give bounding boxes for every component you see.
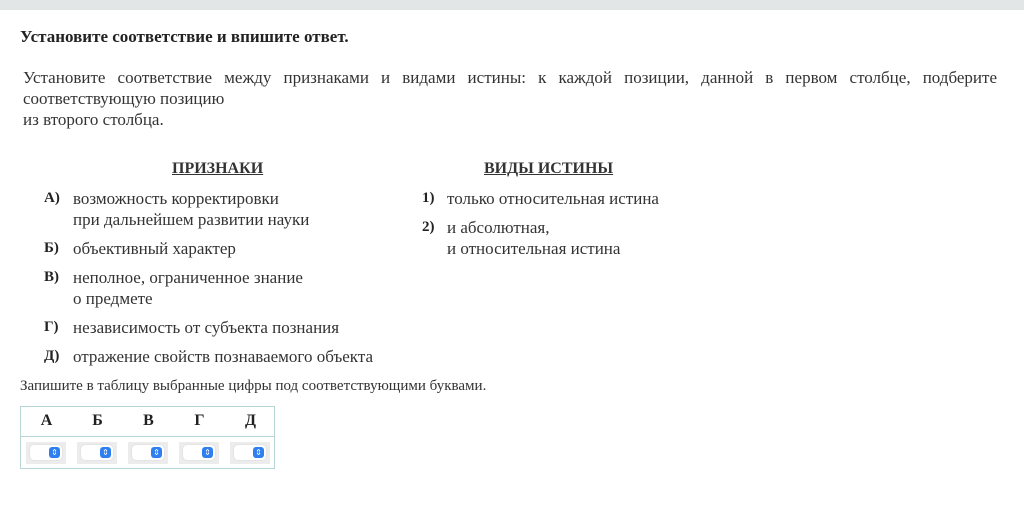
right-column-header: ВИДЫ ИСТИНЫ xyxy=(484,160,613,178)
item-text: и относительная истина xyxy=(447,238,620,259)
stepper-icon: ⇕ xyxy=(100,447,111,458)
answer-table-header: А Б В Г Д xyxy=(21,407,274,437)
answer-cell-d: ⇕ xyxy=(230,442,270,464)
item-text: объективный характер xyxy=(73,238,236,259)
column-header-v: В xyxy=(123,412,174,430)
item-text: возможность корректировки xyxy=(73,188,279,209)
item-text: отражение свойств познаваемого объекта xyxy=(73,346,373,367)
top-bar xyxy=(0,0,1024,10)
item-text: и абсолютная, xyxy=(447,217,549,238)
answer-select-a[interactable]: ⇕ xyxy=(30,445,62,460)
stepper-icon: ⇕ xyxy=(202,447,213,458)
item-text: независимость от субъекта познания xyxy=(73,317,339,338)
item-text: неполное, ограниченное знание xyxy=(73,267,303,288)
description-line: соответствующую позицию xyxy=(23,88,997,109)
answer-table: А Б В Г Д ⇕ ⇕ ⇕ ⇕ ⇕ xyxy=(20,406,275,469)
stepper-icon: ⇕ xyxy=(253,447,264,458)
answer-select-d[interactable]: ⇕ xyxy=(234,445,266,460)
item-text: при дальнейшем развитии науки xyxy=(73,209,309,230)
answer-select-v[interactable]: ⇕ xyxy=(132,445,164,460)
item-text: о предмете xyxy=(73,288,153,309)
description-line: из второго столбца. xyxy=(23,109,997,130)
stepper-icon: ⇕ xyxy=(49,447,60,458)
task-description: Установите соответствие между признаками… xyxy=(23,67,997,130)
item-label: Д) xyxy=(44,346,59,367)
answer-cell-a: ⇕ xyxy=(26,442,66,464)
task-title: Установите соответствие и впишите ответ. xyxy=(20,27,349,47)
item-label: 1) xyxy=(422,188,435,209)
description-line: Установите соответствие между признаками… xyxy=(23,67,997,88)
item-label: А) xyxy=(44,188,60,209)
column-header-b: Б xyxy=(72,412,123,430)
item-text: только относительная истина xyxy=(447,188,659,209)
column-header-a: А xyxy=(21,412,72,430)
column-header-g: Г xyxy=(174,412,225,430)
item-label: Г) xyxy=(44,317,59,338)
answer-cell-v: ⇕ xyxy=(128,442,168,464)
item-label: В) xyxy=(44,267,59,288)
column-header-d: Д xyxy=(225,412,276,430)
item-label: Б) xyxy=(44,238,59,259)
answer-cell-b: ⇕ xyxy=(77,442,117,464)
answer-select-g[interactable]: ⇕ xyxy=(183,445,215,460)
answer-instruction: Запишите в таблицу выбранные цифры под с… xyxy=(20,378,486,395)
left-column-header: ПРИЗНАКИ xyxy=(172,160,263,178)
stepper-icon: ⇕ xyxy=(151,447,162,458)
item-label: 2) xyxy=(422,217,435,238)
answer-cell-g: ⇕ xyxy=(179,442,219,464)
answer-select-b[interactable]: ⇕ xyxy=(81,445,113,460)
